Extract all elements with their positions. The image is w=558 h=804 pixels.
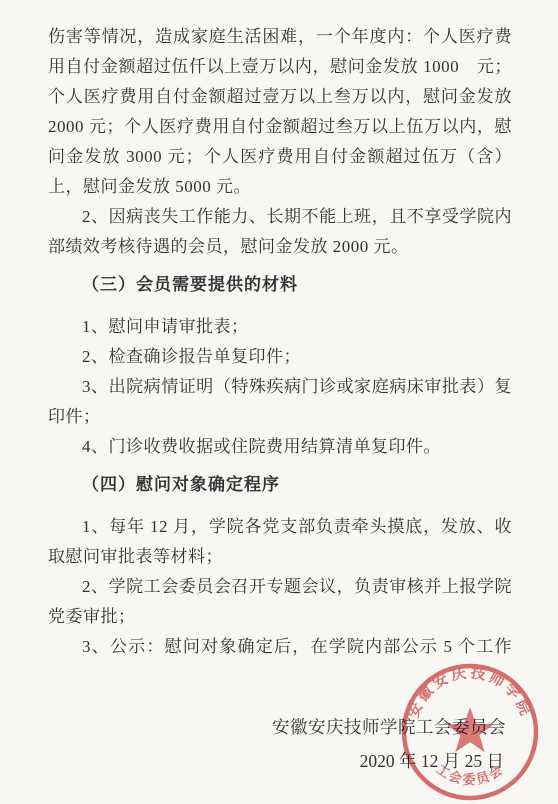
paragraph-medical-line: 上，慰问金发放 5000 元。 <box>48 172 512 202</box>
materials-list-item: 3、出院病情证明（特殊疾病门诊或家庭病床审批表）复 <box>48 372 512 402</box>
procedure-list-item-wrap: 党委审批； <box>48 602 512 632</box>
star-icon <box>446 707 494 752</box>
svg-text:工会委员会: 工会委员会 <box>434 761 507 787</box>
paragraph-medical-line: 2000 元；个人医疗费用自付金额超过叁万以上伍万以内，慰 <box>48 112 512 142</box>
materials-list-item: 2、检查确诊报告单复印件； <box>48 342 512 372</box>
official-seal: 安徽安庆技师学院 工会委员会 <box>398 660 542 804</box>
paragraph-medical-line: 伤害等情况，造成家庭生活困难，一个年度内：个人医疗费 <box>48 22 512 52</box>
document-page: 伤害等情况，造成家庭生活困难，一个年度内：个人医疗费 用自付金额超过伍仟以上壹万… <box>0 0 558 804</box>
paragraph-medical-line: 用自付金额超过伍仟以上壹万以内，慰问金发放 1000 元； <box>48 52 512 82</box>
procedure-list-item: 2、学院工会委员会召开专题会议，负责审核并上报学院 <box>48 572 512 602</box>
procedure-list-item: 3、公示：慰问对象确定后，在学院内部公示 5 个工作日。 <box>48 632 512 662</box>
paragraph-sick-line: 2、因病丧失工作能力、长期不能上班，且不享受学院内 <box>48 202 512 232</box>
document-body: 伤害等情况，造成家庭生活困难，一个年度内：个人医疗费 用自付金额超过伍仟以上壹万… <box>48 22 512 662</box>
section-heading-procedure: （四）慰问对象确定程序 <box>48 470 512 500</box>
paragraph-medical-line: 个人医疗费用自付金额超过壹万以上叁万以内，慰问金发放 <box>48 82 512 112</box>
paragraph-medical-line: 问金发放 3000 元；个人医疗费用自付金额超过伍万（含）以 <box>48 142 512 172</box>
materials-list-item: 1、慰问申请审批表； <box>48 312 512 342</box>
procedure-list-item-wrap: 取慰问审批表等材料； <box>48 542 512 572</box>
materials-list-item: 4、门诊收费收据或住院费用结算清单复印件。 <box>48 432 512 462</box>
materials-list-item-wrap: 印件； <box>48 402 512 432</box>
paragraph-sick-line: 部绩效考核待遇的会员，慰问金发放 2000 元。 <box>48 232 512 262</box>
section-heading-materials: （三）会员需要提供的材料 <box>48 270 512 300</box>
seal-bottom-text: 工会委员会 <box>434 761 507 787</box>
procedure-list-item: 1、每年 12 月，学院各党支部负责牵头摸底，发放、收 <box>48 512 512 542</box>
